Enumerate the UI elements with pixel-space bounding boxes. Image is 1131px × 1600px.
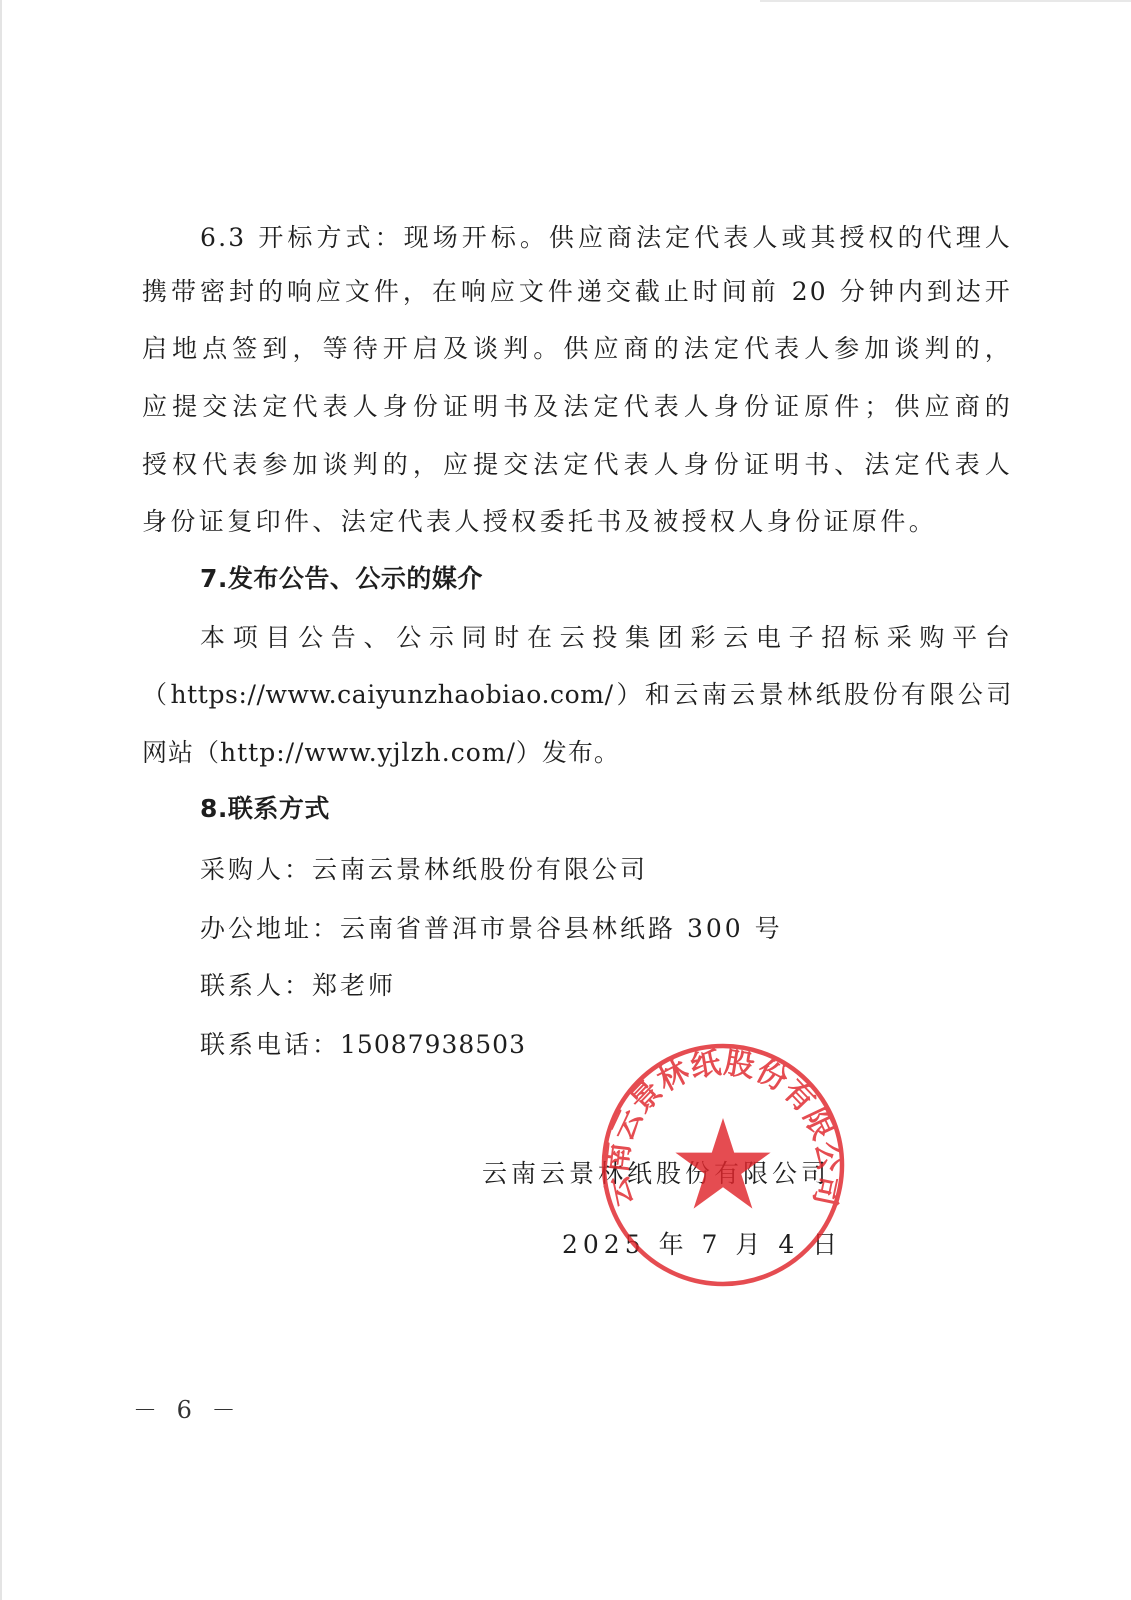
contact-address: 办公地址：云南省普洱市景谷县林纸路 300 号 [200, 913, 783, 945]
signature-company: 云南云景林纸股份有限公司 [482, 1158, 830, 1190]
section-heading: 8.联系方式 [200, 793, 330, 825]
page-number: － 6 － [133, 1395, 242, 1425]
contact-phone: 联系电话：15087938503 [200, 1029, 526, 1061]
paragraph-line: 应提交法定代表人身份证明书及法定代表人身份证原件；供应商的 [142, 391, 1012, 423]
paragraph-line-with-link: 网站（http://www.yjlzh.com/）发布。 [142, 737, 1012, 769]
contact-label: 办公地址： [200, 914, 340, 943]
paragraph-line: 身份证复印件、法定代表人授权委托书及被授权人身份证原件。 [142, 506, 1012, 538]
contact-label: 采购人： [200, 855, 312, 884]
paragraph-line: 本项目公告、公示同时在云投集团彩云电子招标采购平台 [200, 622, 1012, 654]
contact-label: 联系电话： [200, 1030, 340, 1059]
contact-purchaser: 采购人：云南云景林纸股份有限公司 [200, 854, 648, 886]
signature-date: 2025 年 7 月 4 日 [562, 1229, 842, 1261]
contact-value: 15087938503 [340, 1030, 526, 1059]
contact-label: 联系人： [200, 971, 312, 1000]
paragraph-line: 启地点签到，等待开启及谈判。供应商的法定代表人参加谈判的， [142, 333, 1012, 365]
paragraph-line: 授权代表参加谈判的，应提交法定代表人身份证明书、法定代表人 [142, 449, 1012, 481]
scan-page-edge-left [0, 0, 2, 1600]
contact-value: 云南云景林纸股份有限公司 [312, 855, 648, 884]
paragraph-line-with-link: （https://www.caiyunzhaobiao.com/）和云南云景林纸… [142, 679, 1012, 711]
paragraph-line: 6.3 开标方式：现场开标。供应商法定代表人或其授权的代理人 [200, 222, 1012, 254]
paragraph-line: 携带密封的响应文件，在响应文件递交截止时间前 20 分钟内到达开 [142, 276, 1012, 308]
scan-page-edge-top [760, 0, 1131, 2]
contact-value: 郑老师 [312, 971, 396, 1000]
contact-value: 云南省普洱市景谷县林纸路 300 号 [340, 914, 783, 943]
section-heading: 7.发布公告、公示的媒介 [200, 563, 483, 595]
contact-person: 联系人：郑老师 [200, 970, 396, 1002]
